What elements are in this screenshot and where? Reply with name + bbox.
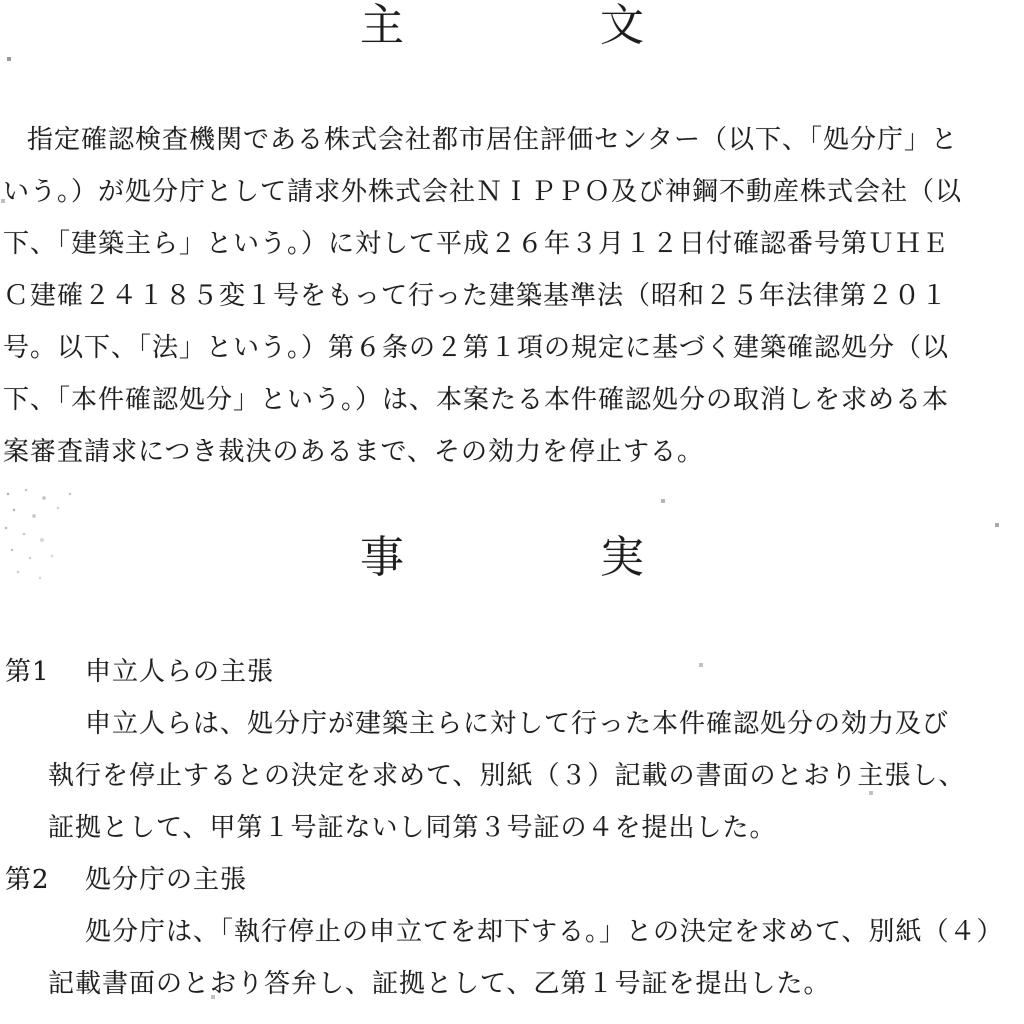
- section-text-line: 申立人らは、処分庁が建築主らに対して行った本件確認処分の効力及び: [48, 698, 1010, 750]
- section-body: 処分庁は、「執行停止の申立てを却下する。」との決定を求めて、別紙（４） 記載書面…: [48, 906, 1010, 1010]
- main-text-line: Ｃ建確２４１８５変１号をもって行った建築基準法（昭和２５年法律第２０１: [3, 270, 1003, 322]
- section-text-line: 記載書面のとおり答弁し、証拠として、乙第１号証を提出した。: [48, 958, 1010, 1010]
- section-title: 処分庁の主張: [85, 865, 247, 895]
- facts-sections: 第1申立人らの主張 申立人らは、処分庁が建築主らに対して行った本件確認処分の効力…: [0, 646, 1010, 1010]
- section-body: 申立人らは、処分庁が建築主らに対して行った本件確認処分の効力及び 執行を停止する…: [48, 698, 1010, 854]
- main-text-line: 号。以下、「法」という。）第６条の２第１項の規定に基づく建築確認処分（以: [3, 322, 1003, 374]
- main-text-line: 下、「本件確認処分」という。）は、本案たる本件確認処分の取消しを求める本: [3, 374, 1003, 426]
- facts-heading: 事 実: [0, 534, 1014, 582]
- section-heading: 第2処分庁の主張: [0, 854, 1010, 906]
- section-agency-claim: 第2処分庁の主張 処分庁は、「執行停止の申立てを却下する。」との決定を求めて、別…: [0, 854, 1010, 1010]
- heading-char: 主: [360, 2, 404, 50]
- section-text-line: 証拠として、甲第１号証ないし同第３号証の４を提出した。: [48, 802, 1010, 854]
- main-text-line: 案審査請求につき裁決のあるまで、その効力を停止する。: [3, 426, 1003, 478]
- main-text-heading: 主 文: [0, 2, 1014, 50]
- main-text-line: 下、「建築主ら」という。）に対して平成２６年３月１２日付確認番号第ＵＨＥ: [3, 218, 1003, 270]
- main-text-paragraph: 指定確認検査機関である株式会社都市居住評価センター（以下、「処分庁」と いう。）…: [3, 114, 1003, 478]
- document-page: 主 文 指定確認検査機関である株式会社都市居住評価センター（以下、「処分庁」と …: [0, 0, 1024, 1024]
- section-title: 申立人らの主張: [85, 657, 274, 687]
- section-number: 第1: [5, 646, 85, 698]
- heading-char: 文: [600, 2, 644, 50]
- section-number: 第2: [5, 854, 85, 906]
- section-appellants-claim: 第1申立人らの主張 申立人らは、処分庁が建築主らに対して行った本件確認処分の効力…: [0, 646, 1010, 854]
- main-text-line: 指定確認検査機関である株式会社都市居住評価センター（以下、「処分庁」と: [3, 114, 1003, 166]
- main-text-line: いう。）が処分庁として請求外株式会社ＮＩＰＰＯ及び神鋼不動産株式会社（以: [3, 166, 1003, 218]
- heading-char: 事: [360, 534, 404, 582]
- section-text-line: 執行を停止するとの決定を求めて、別紙（３）記載の書面のとおり主張し、: [48, 750, 1010, 802]
- section-text-line: 処分庁は、「執行停止の申立てを却下する。」との決定を求めて、別紙（４）: [48, 906, 1010, 958]
- section-heading: 第1申立人らの主張: [0, 646, 1010, 698]
- heading-char: 実: [600, 534, 644, 582]
